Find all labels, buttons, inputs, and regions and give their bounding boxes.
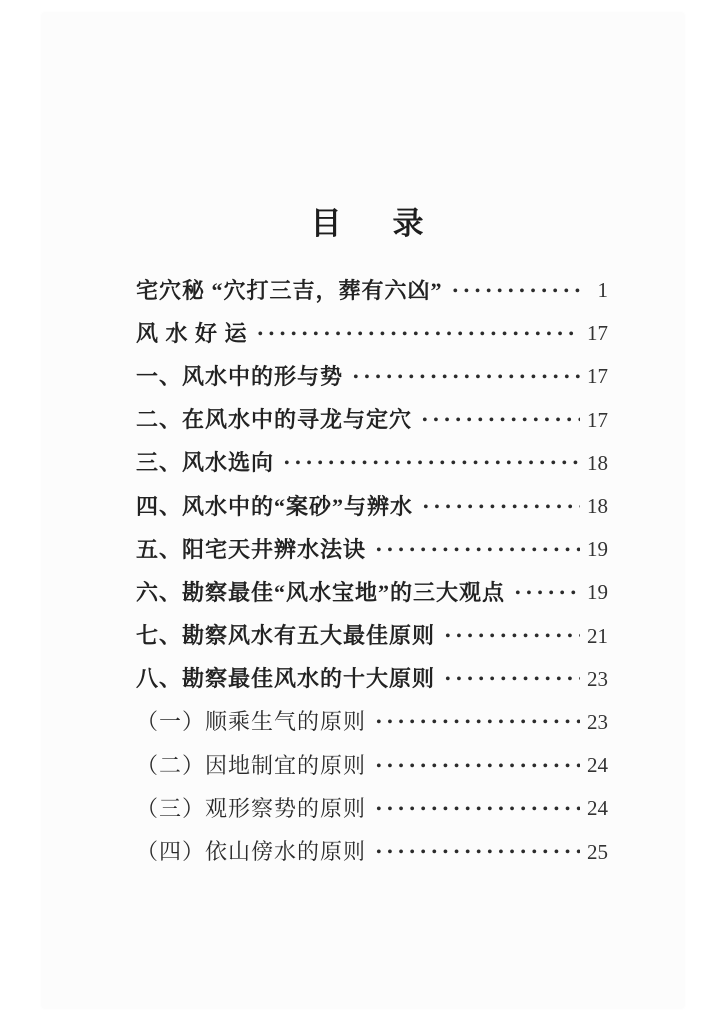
toc-entry-page: 25 — [582, 842, 608, 863]
toc-entry: （三）观形察势的原则 •••••••••••••••••••••••••••••… — [136, 787, 608, 830]
toc-entry: （四）依山傍水的原则 •••••••••••••••••••••••••••••… — [136, 830, 608, 873]
dot-leader: ••••••••••••••••••••••••••••••••••••••••… — [376, 845, 580, 861]
toc-entry-page: 24 — [582, 755, 608, 776]
dot-leader: ••••••••••••••••••••••••••••••••••••••••… — [376, 715, 580, 731]
toc-entry-page: 23 — [582, 712, 608, 733]
dot-leader: ••••••••••••••••••••••••••••••••••••••••… — [258, 327, 580, 343]
toc-entry: （二）因地制宜的原则 •••••••••••••••••••••••••••••… — [136, 744, 608, 787]
dot-leader: ••••••••••••••••••••••••••••••••••••••••… — [445, 672, 580, 688]
toc-entry-page: 17 — [582, 323, 608, 344]
toc-entry-page: 19 — [582, 539, 608, 560]
dot-leader: ••••••••••••••••••••••••••••••••••••••••… — [376, 759, 580, 775]
toc-entry: 四、风水中的“案砂”与辨水 ••••••••••••••••••••••••••… — [136, 485, 608, 528]
dot-leader: ••••••••••••••••••••••••••••••••••••••••… — [422, 413, 580, 429]
scanned-page: 目 录 宅穴秘 “穴打三吉，葬有六凶” ••••••••••••••••••••… — [42, 13, 684, 1008]
toc-entry-label: 三、风水选向 — [136, 452, 274, 474]
toc-entry-label: 六、勘察最佳“风水宝地”的三大观点 — [136, 582, 505, 604]
dot-leader: ••••••••••••••••••••••••••••••••••••••••… — [376, 543, 580, 559]
toc-entry-page: 23 — [582, 669, 608, 690]
toc-entry-page: 18 — [582, 453, 608, 474]
dot-leader: ••••••••••••••••••••••••••••••••••••••••… — [284, 456, 580, 472]
toc-entry-page: 24 — [582, 798, 608, 819]
toc-entry: 风 水 好 运 ••••••••••••••••••••••••••••••••… — [136, 312, 608, 355]
toc-entry-label: （二）因地制宜的原则 — [136, 755, 366, 777]
toc-entry-page: 19 — [582, 582, 608, 603]
toc-entry-label: 五、阳宅天井辨水法诀 — [136, 539, 366, 561]
toc-entry-label: 七、勘察风水有五大最佳原则 — [136, 625, 435, 647]
dot-leader: ••••••••••••••••••••••••••••••••••••••••… — [353, 370, 580, 386]
toc-entry: 六、勘察最佳“风水宝地”的三大观点 ••••••••••••••••••••••… — [136, 571, 608, 614]
toc-entry: 五、阳宅天井辨水法诀 •••••••••••••••••••••••••••••… — [136, 528, 608, 571]
toc-entry-page: 18 — [582, 496, 608, 517]
dot-leader: ••••••••••••••••••••••••••••••••••••••••… — [515, 586, 580, 602]
toc-entry-label: （四）依山傍水的原则 — [136, 841, 366, 863]
toc-entry-label: 二、在风水中的寻龙与定穴 — [136, 409, 412, 431]
toc-entry-page: 21 — [582, 626, 608, 647]
toc-entry-label: 八、勘察最佳风水的十大原则 — [136, 668, 435, 690]
toc-entry-list: 宅穴秘 “穴打三吉，葬有六凶” ••••••••••••••••••••••••… — [136, 269, 608, 874]
toc-entry-label: 四、风水中的“案砂”与辨水 — [136, 496, 413, 518]
toc-entry-page: 17 — [582, 366, 608, 387]
page-title: 目 录 — [136, 205, 608, 243]
toc-entry-label: （三）观形察势的原则 — [136, 798, 366, 820]
toc-entry-label: 宅穴秘 “穴打三吉，葬有六凶” — [136, 280, 443, 302]
toc-entry: （一）顺乘生气的原则 •••••••••••••••••••••••••••••… — [136, 701, 608, 744]
dot-leader: ••••••••••••••••••••••••••••••••••••••••… — [376, 802, 580, 818]
dot-leader: ••••••••••••••••••••••••••••••••••••••••… — [453, 284, 580, 300]
toc-entry: 宅穴秘 “穴打三吉，葬有六凶” ••••••••••••••••••••••••… — [136, 269, 608, 312]
dot-leader: ••••••••••••••••••••••••••••••••••••••••… — [423, 500, 580, 516]
toc-entry: 七、勘察风水有五大最佳原则 ••••••••••••••••••••••••••… — [136, 615, 608, 658]
toc-entry: 三、风水选向 •••••••••••••••••••••••••••••••••… — [136, 442, 608, 485]
toc-entry: 八、勘察最佳风水的十大原则 ••••••••••••••••••••••••••… — [136, 658, 608, 701]
toc-entry: 一、风水中的形与势 ••••••••••••••••••••••••••••••… — [136, 355, 608, 398]
dot-leader: ••••••••••••••••••••••••••••••••••••••••… — [445, 629, 580, 645]
toc-entry-label: 风 水 好 运 — [136, 323, 248, 345]
toc-entry: 二、在风水中的寻龙与定穴 •••••••••••••••••••••••••••… — [136, 399, 608, 442]
toc-entry-page: 17 — [582, 410, 608, 431]
toc-entry-label: （一）顺乘生气的原则 — [136, 711, 366, 733]
toc-entry-label: 一、风水中的形与势 — [136, 366, 343, 388]
table-of-contents: 目 录 宅穴秘 “穴打三吉，葬有六凶” ••••••••••••••••••••… — [136, 205, 608, 874]
toc-entry-page: 1 — [582, 280, 608, 301]
